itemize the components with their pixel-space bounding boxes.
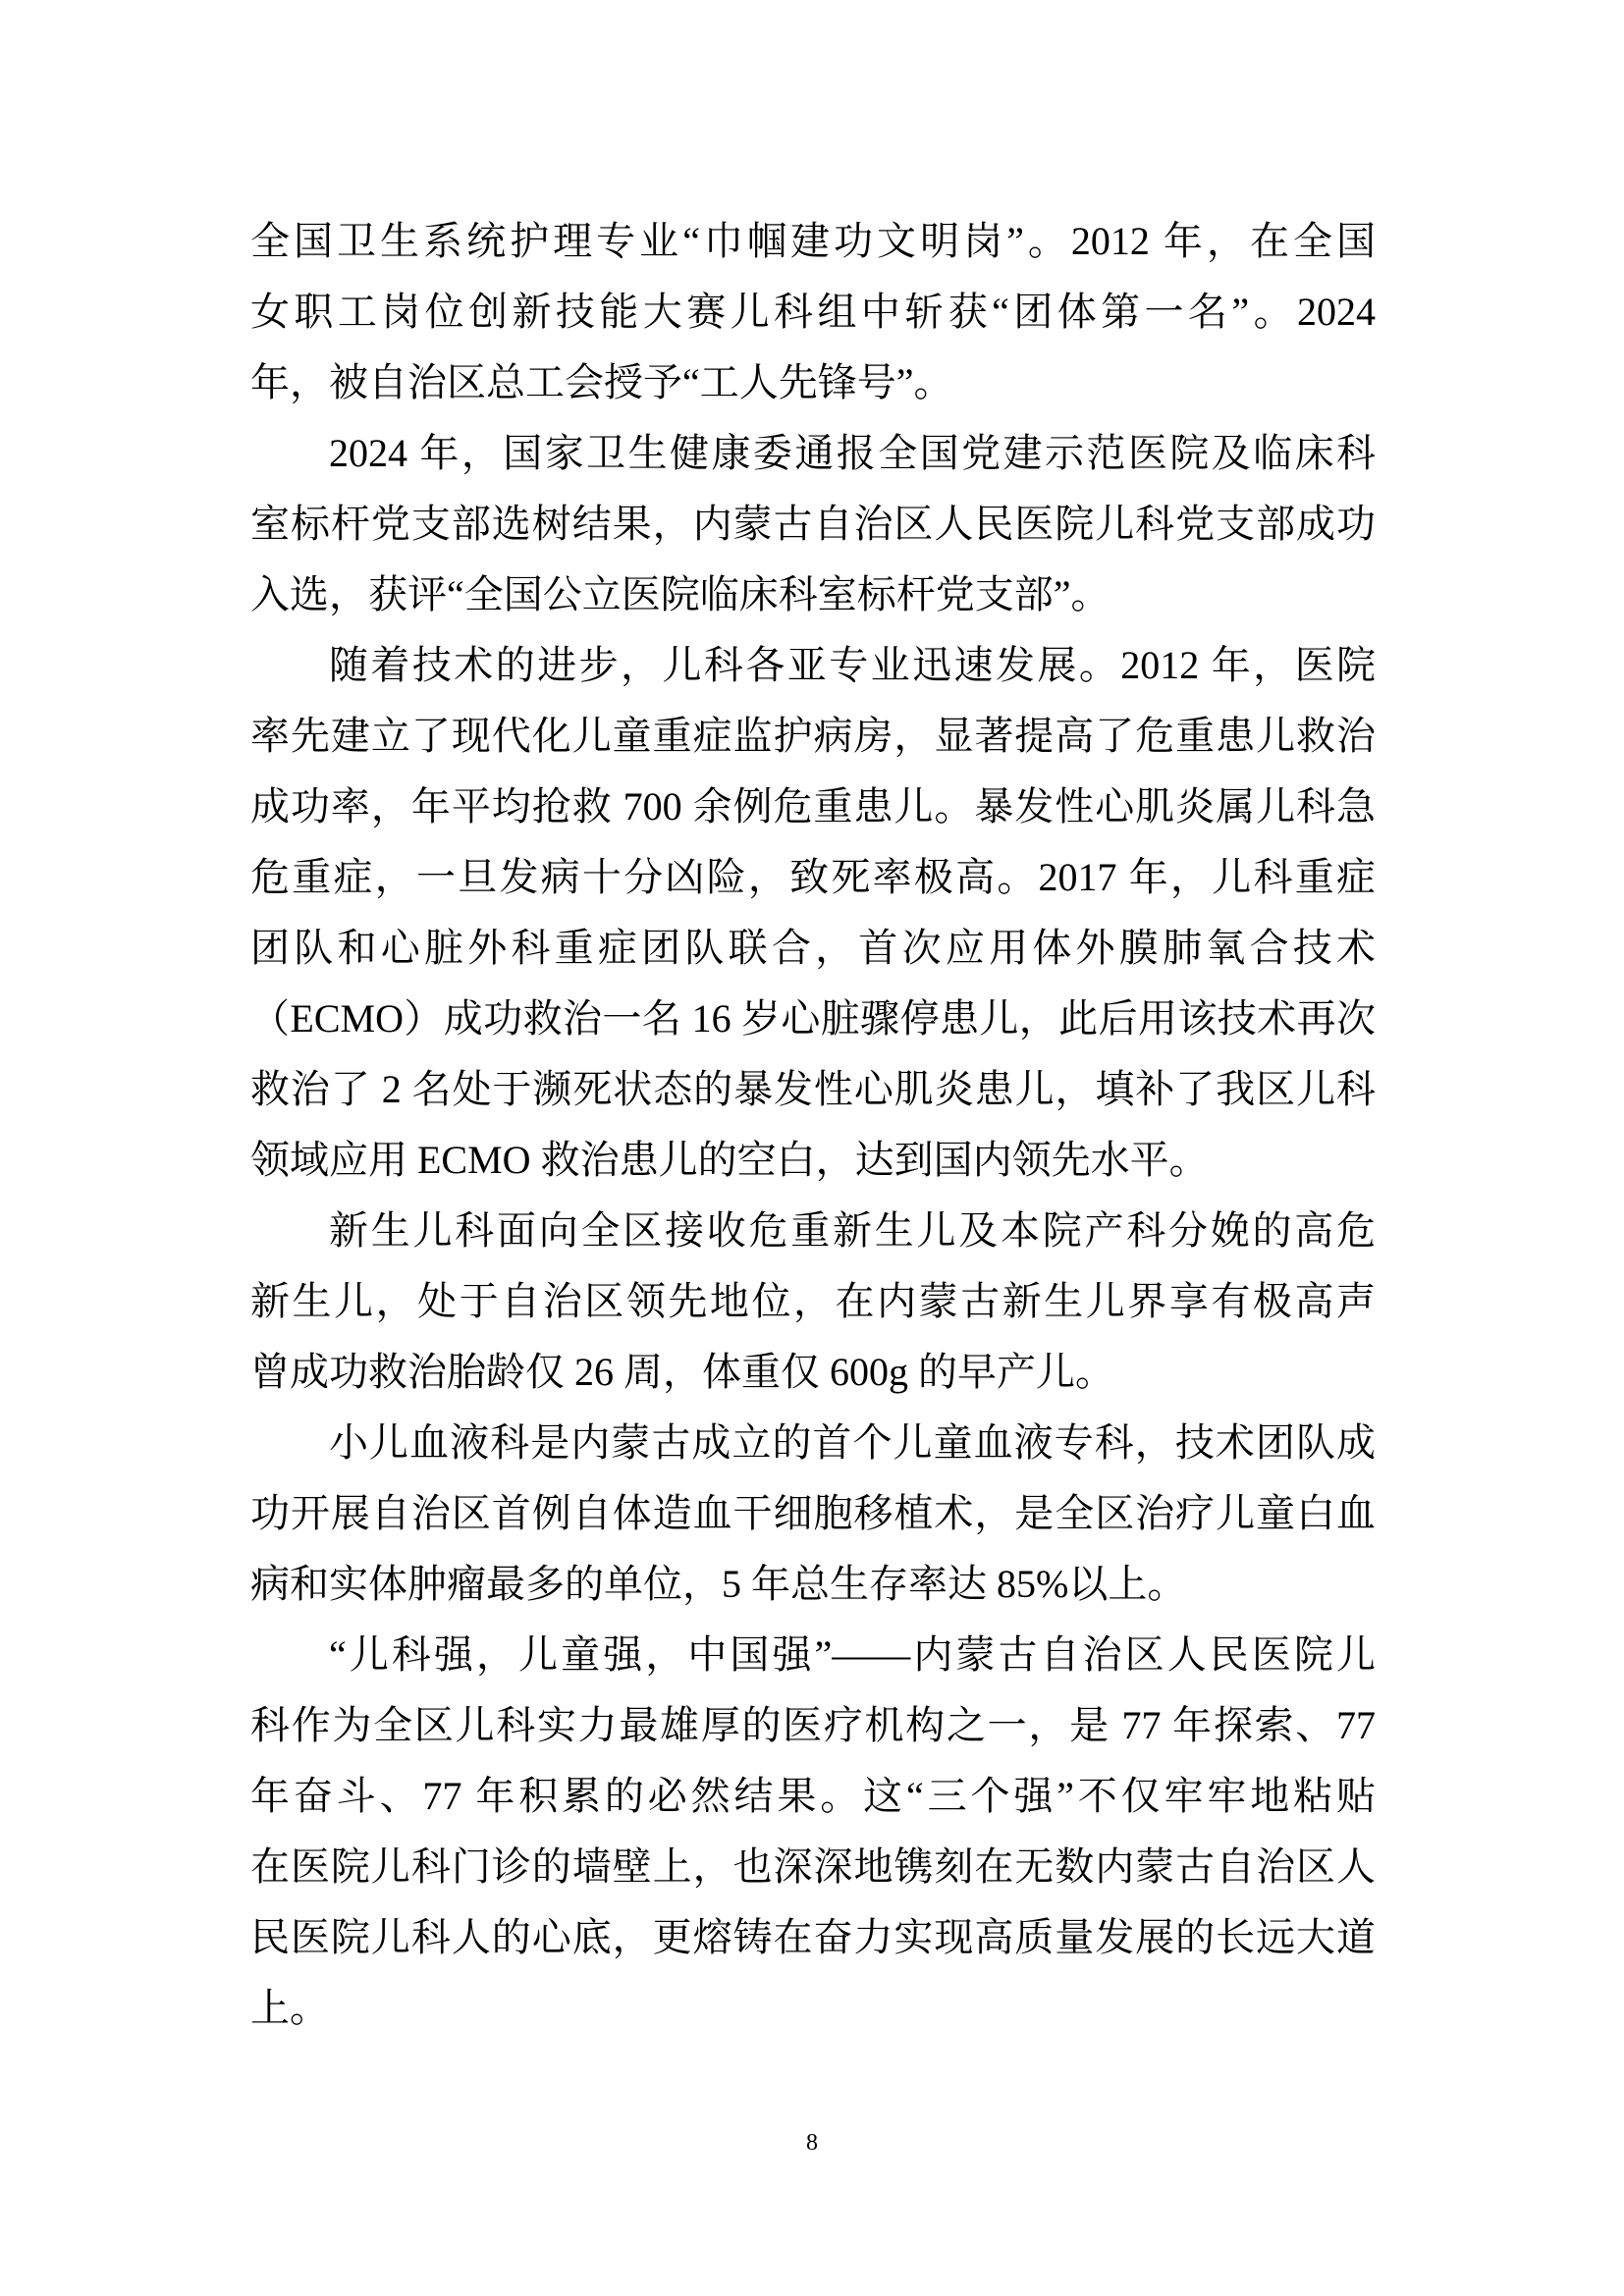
- text-line: 新生儿，处于自治区领先地位，在内蒙古新生儿界享有极高声誉。: [250, 1266, 1376, 1337]
- text-line: 2024 年，国家卫生健康委通报全国党建示范医院及临床科: [250, 418, 1376, 489]
- text-line: 民医院儿科人的心底，更熔铸在奋力实现高质量发展的长远大道: [250, 1902, 1376, 1973]
- text-line: 年，被自治区总工会授予“工人先锋号”。: [250, 347, 1376, 418]
- page-number: 8: [0, 2126, 1624, 2160]
- text-line: 曾成功救治胎龄仅 26 周，体重仅 600g 的早产儿。: [250, 1337, 1376, 1408]
- document-page: 全国卫生系统护理专业“巾帼建功文明岗”。2012 年，在全国 女职工岗位创新技能…: [0, 0, 1624, 2296]
- text-line: 危重症，一旦发病十分凶险，致死率极高。2017 年，儿科重症: [250, 842, 1376, 913]
- text-line: （ECMO）成功救治一名 16 岁心脏骤停患儿，此后用该技术再次: [250, 984, 1376, 1054]
- text-line: 在医院儿科门诊的墙壁上，也深深地镌刻在无数内蒙古自治区人: [250, 1832, 1376, 1902]
- paragraph-3: 随着技术的进步，儿科各亚专业迅速发展。2012 年，医院 率先建立了现代化儿童重…: [250, 630, 1376, 1196]
- text-line: 随着技术的进步，儿科各亚专业迅速发展。2012 年，医院: [250, 630, 1376, 701]
- text-line: 小儿血液科是内蒙古成立的首个儿童血液专科，技术团队成: [250, 1408, 1376, 1478]
- text-line: 女职工岗位创新技能大赛儿科组中斩获“团体第一名”。2024: [250, 277, 1376, 347]
- text-line: 室标杆党支部选树结果，内蒙古自治区人民医院儿科党支部成功: [250, 489, 1376, 560]
- text-line: 率先建立了现代化儿童重症监护病房，显著提高了危重患儿救治: [250, 701, 1376, 772]
- text-line: 领域应用 ECMO 救治患儿的空白，达到国内领先水平。: [250, 1125, 1376, 1196]
- paragraph-5: 小儿血液科是内蒙古成立的首个儿童血液专科，技术团队成 功开展自治区首例自体造血干…: [250, 1408, 1376, 1620]
- text-line: 上。: [250, 1973, 1376, 2044]
- text-line: 病和实体肿瘤最多的单位，5 年总生存率达 85%以上。: [250, 1549, 1376, 1620]
- text-line: 成功率，年平均抢救 700 余例危重患儿。暴发性心肌炎属儿科急: [250, 772, 1376, 842]
- text-line: “儿科强，儿童强，中国强”——内蒙古自治区人民医院儿: [250, 1620, 1376, 1690]
- paragraph-1: 全国卫生系统护理专业“巾帼建功文明岗”。2012 年，在全国 女职工岗位创新技能…: [250, 206, 1376, 418]
- paragraph-4: 新生儿科面向全区接收危重新生儿及本院产科分娩的高危 新生儿，处于自治区领先地位，…: [250, 1196, 1376, 1408]
- text-line: 入选，获评“全国公立医院临床科室标杆党支部”。: [250, 560, 1376, 630]
- paragraph-6: “儿科强，儿童强，中国强”——内蒙古自治区人民医院儿 科作为全区儿科实力最雄厚的…: [250, 1620, 1376, 2044]
- text-line: 科作为全区儿科实力最雄厚的医疗机构之一，是 77 年探索、77: [250, 1690, 1376, 1761]
- text-line: 全国卫生系统护理专业“巾帼建功文明岗”。2012 年，在全国: [250, 206, 1376, 277]
- text-line: 功开展自治区首例自体造血干细胞移植术，是全区治疗儿童白血: [250, 1478, 1376, 1549]
- text-line: 新生儿科面向全区接收危重新生儿及本院产科分娩的高危: [250, 1196, 1376, 1266]
- document-text-block: 全国卫生系统护理专业“巾帼建功文明岗”。2012 年，在全国 女职工岗位创新技能…: [250, 206, 1376, 2044]
- paragraph-2: 2024 年，国家卫生健康委通报全国党建示范医院及临床科 室标杆党支部选树结果，…: [250, 418, 1376, 630]
- text-line: 年奋斗、77 年积累的必然结果。这“三个强”不仅牢牢地粘贴: [250, 1761, 1376, 1832]
- text-line: 救治了 2 名处于濒死状态的暴发性心肌炎患儿，填补了我区儿科: [250, 1054, 1376, 1125]
- text-line: 团队和心脏外科重症团队联合，首次应用体外膜肺氧合技术: [250, 913, 1376, 984]
